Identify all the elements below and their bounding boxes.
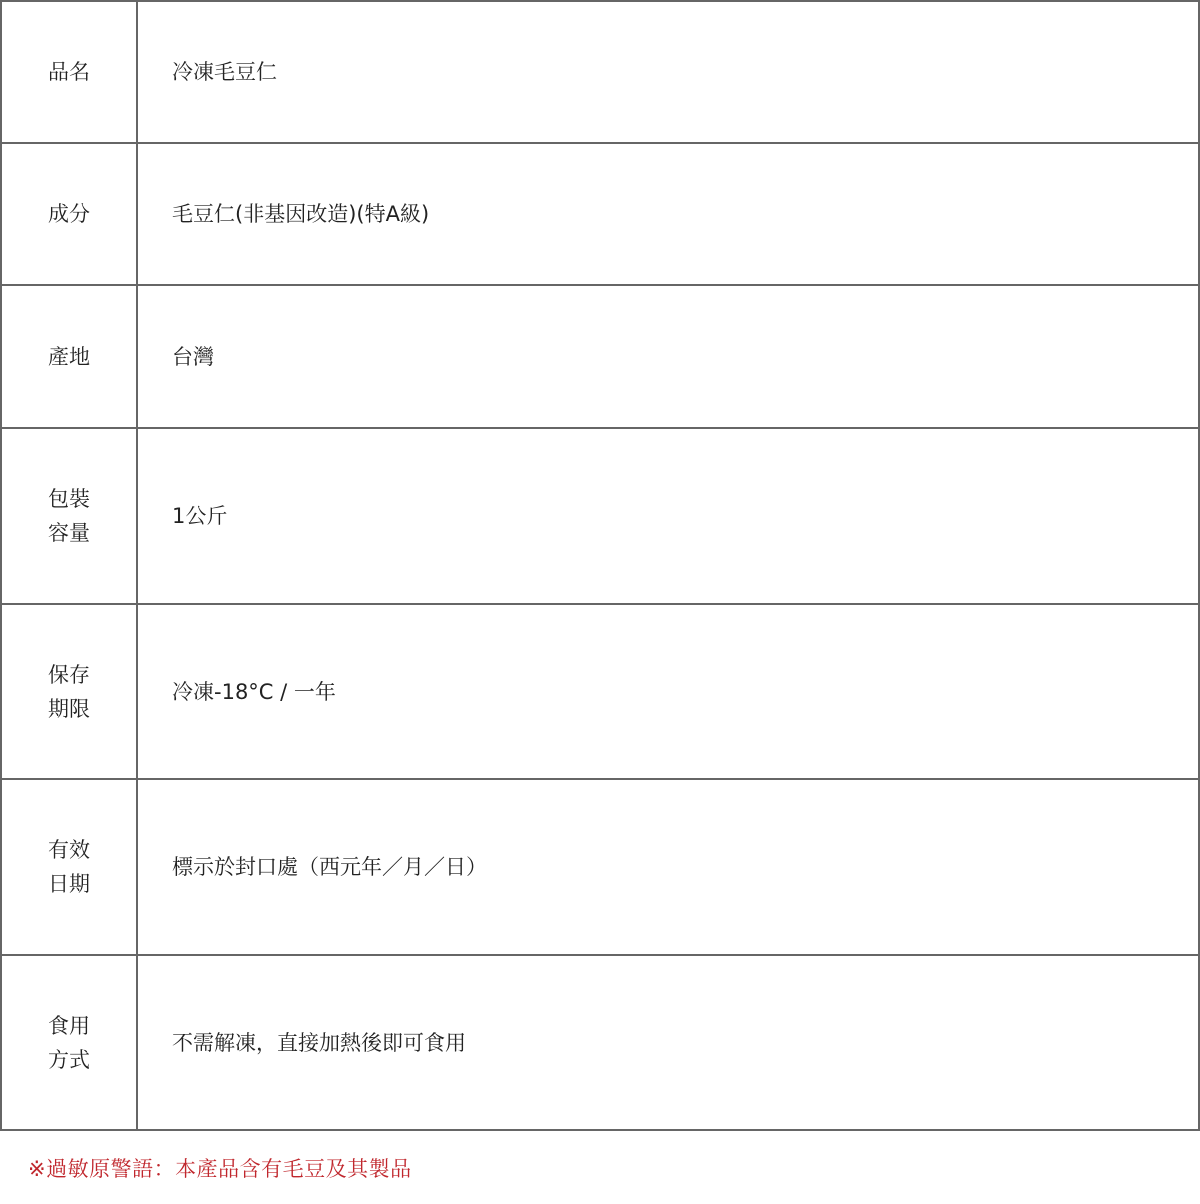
spec-value: 冷凍毛豆仁 xyxy=(137,1,1199,143)
spec-label-line: 方式 xyxy=(2,1043,136,1077)
spec-label: 品名 xyxy=(1,1,137,143)
spec-label-line: 日期 xyxy=(2,867,136,901)
spec-row: 產地台灣 xyxy=(1,285,1199,428)
spec-label-line: 保存 xyxy=(2,658,136,692)
spec-row: 保存期限冷凍-18°C / 一年 xyxy=(1,604,1199,779)
product-spec-table: 品名冷凍毛豆仁成分毛豆仁(非基因改造)(特A級)產地台灣包裝容量1公斤保存期限冷… xyxy=(0,0,1200,1131)
spec-label: 食用方式 xyxy=(1,955,137,1130)
spec-label: 成分 xyxy=(1,143,137,285)
allergen-warning: ※過敏原警語：本產品含有毛豆及其製品 xyxy=(28,1153,412,1183)
spec-label: 包裝容量 xyxy=(1,428,137,604)
spec-label-line: 有效 xyxy=(2,833,136,867)
spec-row: 食用方式不需解凍，直接加熱後即可食用 xyxy=(1,955,1199,1130)
spec-value: 台灣 xyxy=(137,285,1199,428)
spec-row: 成分毛豆仁(非基因改造)(特A級) xyxy=(1,143,1199,285)
spec-label: 產地 xyxy=(1,285,137,428)
spec-value: 1公斤 xyxy=(137,428,1199,604)
spec-label-line: 包裝 xyxy=(2,482,136,516)
spec-row: 包裝容量1公斤 xyxy=(1,428,1199,604)
spec-value: 不需解凍，直接加熱後即可食用 xyxy=(137,955,1199,1130)
spec-value: 標示於封口處（西元年／月／日） xyxy=(137,779,1199,955)
spec-label-line: 食用 xyxy=(2,1009,136,1043)
spec-label-line: 成分 xyxy=(2,197,136,231)
spec-label: 保存期限 xyxy=(1,604,137,779)
spec-value: 毛豆仁(非基因改造)(特A級) xyxy=(137,143,1199,285)
spec-label-line: 品名 xyxy=(2,55,136,89)
spec-label-line: 期限 xyxy=(2,692,136,726)
spec-row: 有效日期標示於封口處（西元年／月／日） xyxy=(1,779,1199,955)
spec-row: 品名冷凍毛豆仁 xyxy=(1,1,1199,143)
spec-value: 冷凍-18°C / 一年 xyxy=(137,604,1199,779)
spec-label: 有效日期 xyxy=(1,779,137,955)
spec-label-line: 產地 xyxy=(2,340,136,374)
spec-label-line: 容量 xyxy=(2,516,136,550)
